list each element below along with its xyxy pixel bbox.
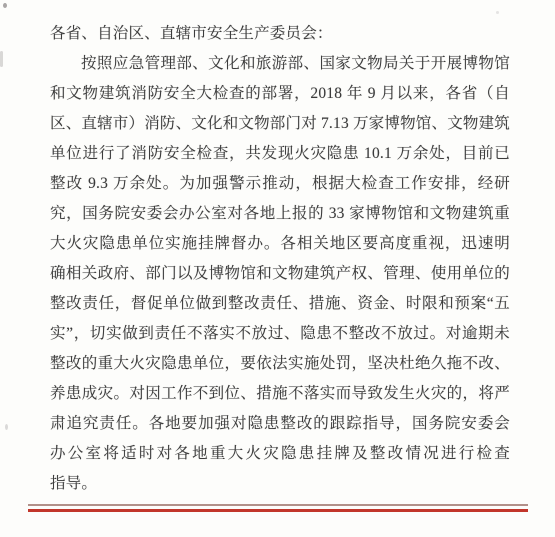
scan-speck	[496, 11, 499, 14]
body-line: 肃追究责任。各地要加强对隐患整改的跟踪指导，国务院安委会	[50, 409, 510, 439]
scan-speck	[5, 424, 8, 430]
scan-speck	[0, 51, 3, 67]
body-line: 单位进行了消防安全检查，共发现火灾隐患 10.1 万余处，目前已	[50, 139, 510, 169]
body-line: 确相关政府、部门以及博物馆和文物建筑产权、管理、使用单位的	[50, 259, 510, 289]
scan-speck	[3, 3, 7, 8]
body-line: 整改的重大火灾隐患单位，要依法实施处罚，坚决杜绝久拖不改、	[50, 349, 510, 379]
body-line: 实”，切实做到责任不落实不放过、隐患不整改不放过。对逾期未	[50, 319, 510, 349]
body-line: 究，国务院安委会办公室对各地上报的 33 家博物馆和文物建筑重	[50, 199, 510, 229]
footer-divider-thin-line	[28, 504, 528, 506]
body-line: 按照应急管理部、文化和旅游部、国家文物局关于开展博物馆	[50, 49, 510, 79]
body-line: 养患成灾。对因工作不到位、措施不落实而导致发生火灾的，将严	[50, 379, 510, 409]
document-page: 各省、自治区、直辖市安全生产委员会： 按照应急管理部、文化和旅游部、国家文物局关…	[0, 0, 555, 537]
body-line: 整改责任，督促单位做到整改责任、措施、资金、时限和预案“五落	[50, 289, 510, 319]
salutation-line: 各省、自治区、直辖市安全生产委员会：	[50, 19, 510, 49]
body-line: 区、直辖市）消防、文化和文物部门对 7.13 万家博物馆、文物建筑	[50, 109, 510, 139]
body-line-last: 指导。	[50, 469, 510, 499]
body-line: 整改 9.3 万余处。为加强警示推动，根据大检查工作安排，经研	[50, 169, 510, 199]
footer-divider-thick-line	[28, 509, 528, 512]
body-line: 办公室将适时对各地重大火灾隐患挂牌及整改情况进行检查	[50, 439, 510, 469]
document-body: 各省、自治区、直辖市安全生产委员会： 按照应急管理部、文化和旅游部、国家文物局关…	[50, 19, 510, 499]
body-line: 和文物建筑消防安全大检查的部署，2018 年 9 月以来，各省（自治	[50, 79, 510, 109]
body-line: 大火灾隐患单位实施挂牌督办。各相关地区要高度重视，迅速明	[50, 229, 510, 259]
